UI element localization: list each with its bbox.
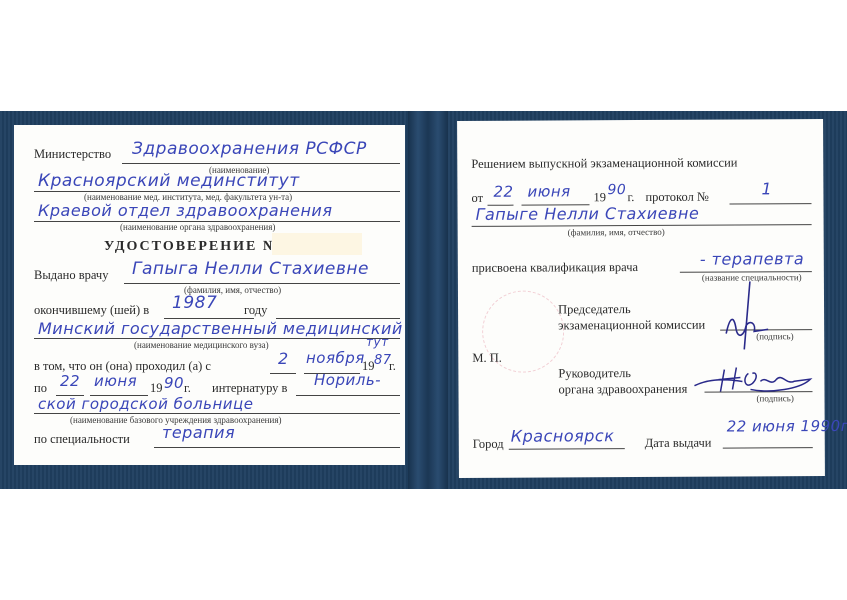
decision-year: 90 [607,182,626,198]
internship-value-1: Нориль- [314,371,381,389]
decision-month: июня [527,182,570,200]
qualification-value: - терапевта [700,249,804,269]
from-label: от [471,191,483,206]
caption-fio-right: (фамилия, имя, отчество) [568,227,665,238]
issued-value: Гапыга Нелли Стахиевне [132,259,369,279]
certificate-title: УДОСТОВЕРЕНИЕ № [104,239,279,255]
city-value: Красноярск [511,426,615,446]
head-label-2: органа здравоохранения [558,382,687,398]
city-label: Город [473,437,504,452]
institute-value: Красноярский мединститут [38,171,300,191]
head-label-1: Руководитель [558,366,631,381]
head-signature [690,363,820,400]
date-value: 22 июня 1990г [727,417,847,436]
name-value: Гапыге Нелли Стахиевне [476,204,700,224]
left-page: Министерство Здравоохранения РСФСР (наим… [14,125,405,465]
caption-authority: (наименование органа здравоохранения) [120,222,275,232]
specialty-label: по специальности [34,432,130,447]
issued-label: Выдано врачу [34,268,108,283]
specialty-value: терапия [162,423,235,442]
chairman-signature [720,279,780,359]
redacted-number [272,233,362,255]
university-value: Минский государственный медицинский [38,319,403,338]
caption-university: (наименование медицинского вуза) [134,340,269,350]
booklet-spine [408,111,448,489]
chairman-label-1: Председатель [558,302,631,317]
decision-text: Решением выпускной экзаменационной комис… [471,155,737,171]
graduated-label: окончившему (шей) в [34,303,149,318]
authority-value: Краевой отдел здравоохранения [38,201,332,220]
ministry-label: Министерство [34,147,111,162]
decision-day: 22 [493,183,513,201]
ministry-value: Здравоохранения РСФСР [132,139,367,159]
protocol-value: 1 [761,179,772,198]
year-suffix-2: г. [184,381,191,396]
qualification-label: присвоена квалификация врача [472,260,638,276]
period-from-day: 2 [278,349,289,368]
year-suffix-3: г. [627,190,634,205]
period-from-month: ноября [306,349,365,367]
date-label: Дата выдачи [645,436,712,451]
graduated-year: 1987 [172,293,217,313]
period-to-year: 90 [164,374,184,392]
internship-label: интернатуру в [212,381,287,396]
right-page: Решением выпускной экзаменационной комис… [457,119,825,478]
graduated-suffix: году [244,303,267,318]
university-value-2: тут [366,335,389,349]
year-suffix: г. [389,359,396,374]
chairman-label-2: экзаменационной комиссии [558,318,705,334]
period-to-day: 22 [60,372,80,390]
protocol-label: протокол № [645,190,708,205]
decision-year-prefix: 19 [593,190,606,205]
period-to-month: июня [94,372,137,390]
stamp-label: М. П. [472,351,502,366]
internship-value-2: ской городской больнице [38,395,253,413]
period-to-year-prefix: 19 [150,381,163,396]
to-label: по [34,381,47,396]
